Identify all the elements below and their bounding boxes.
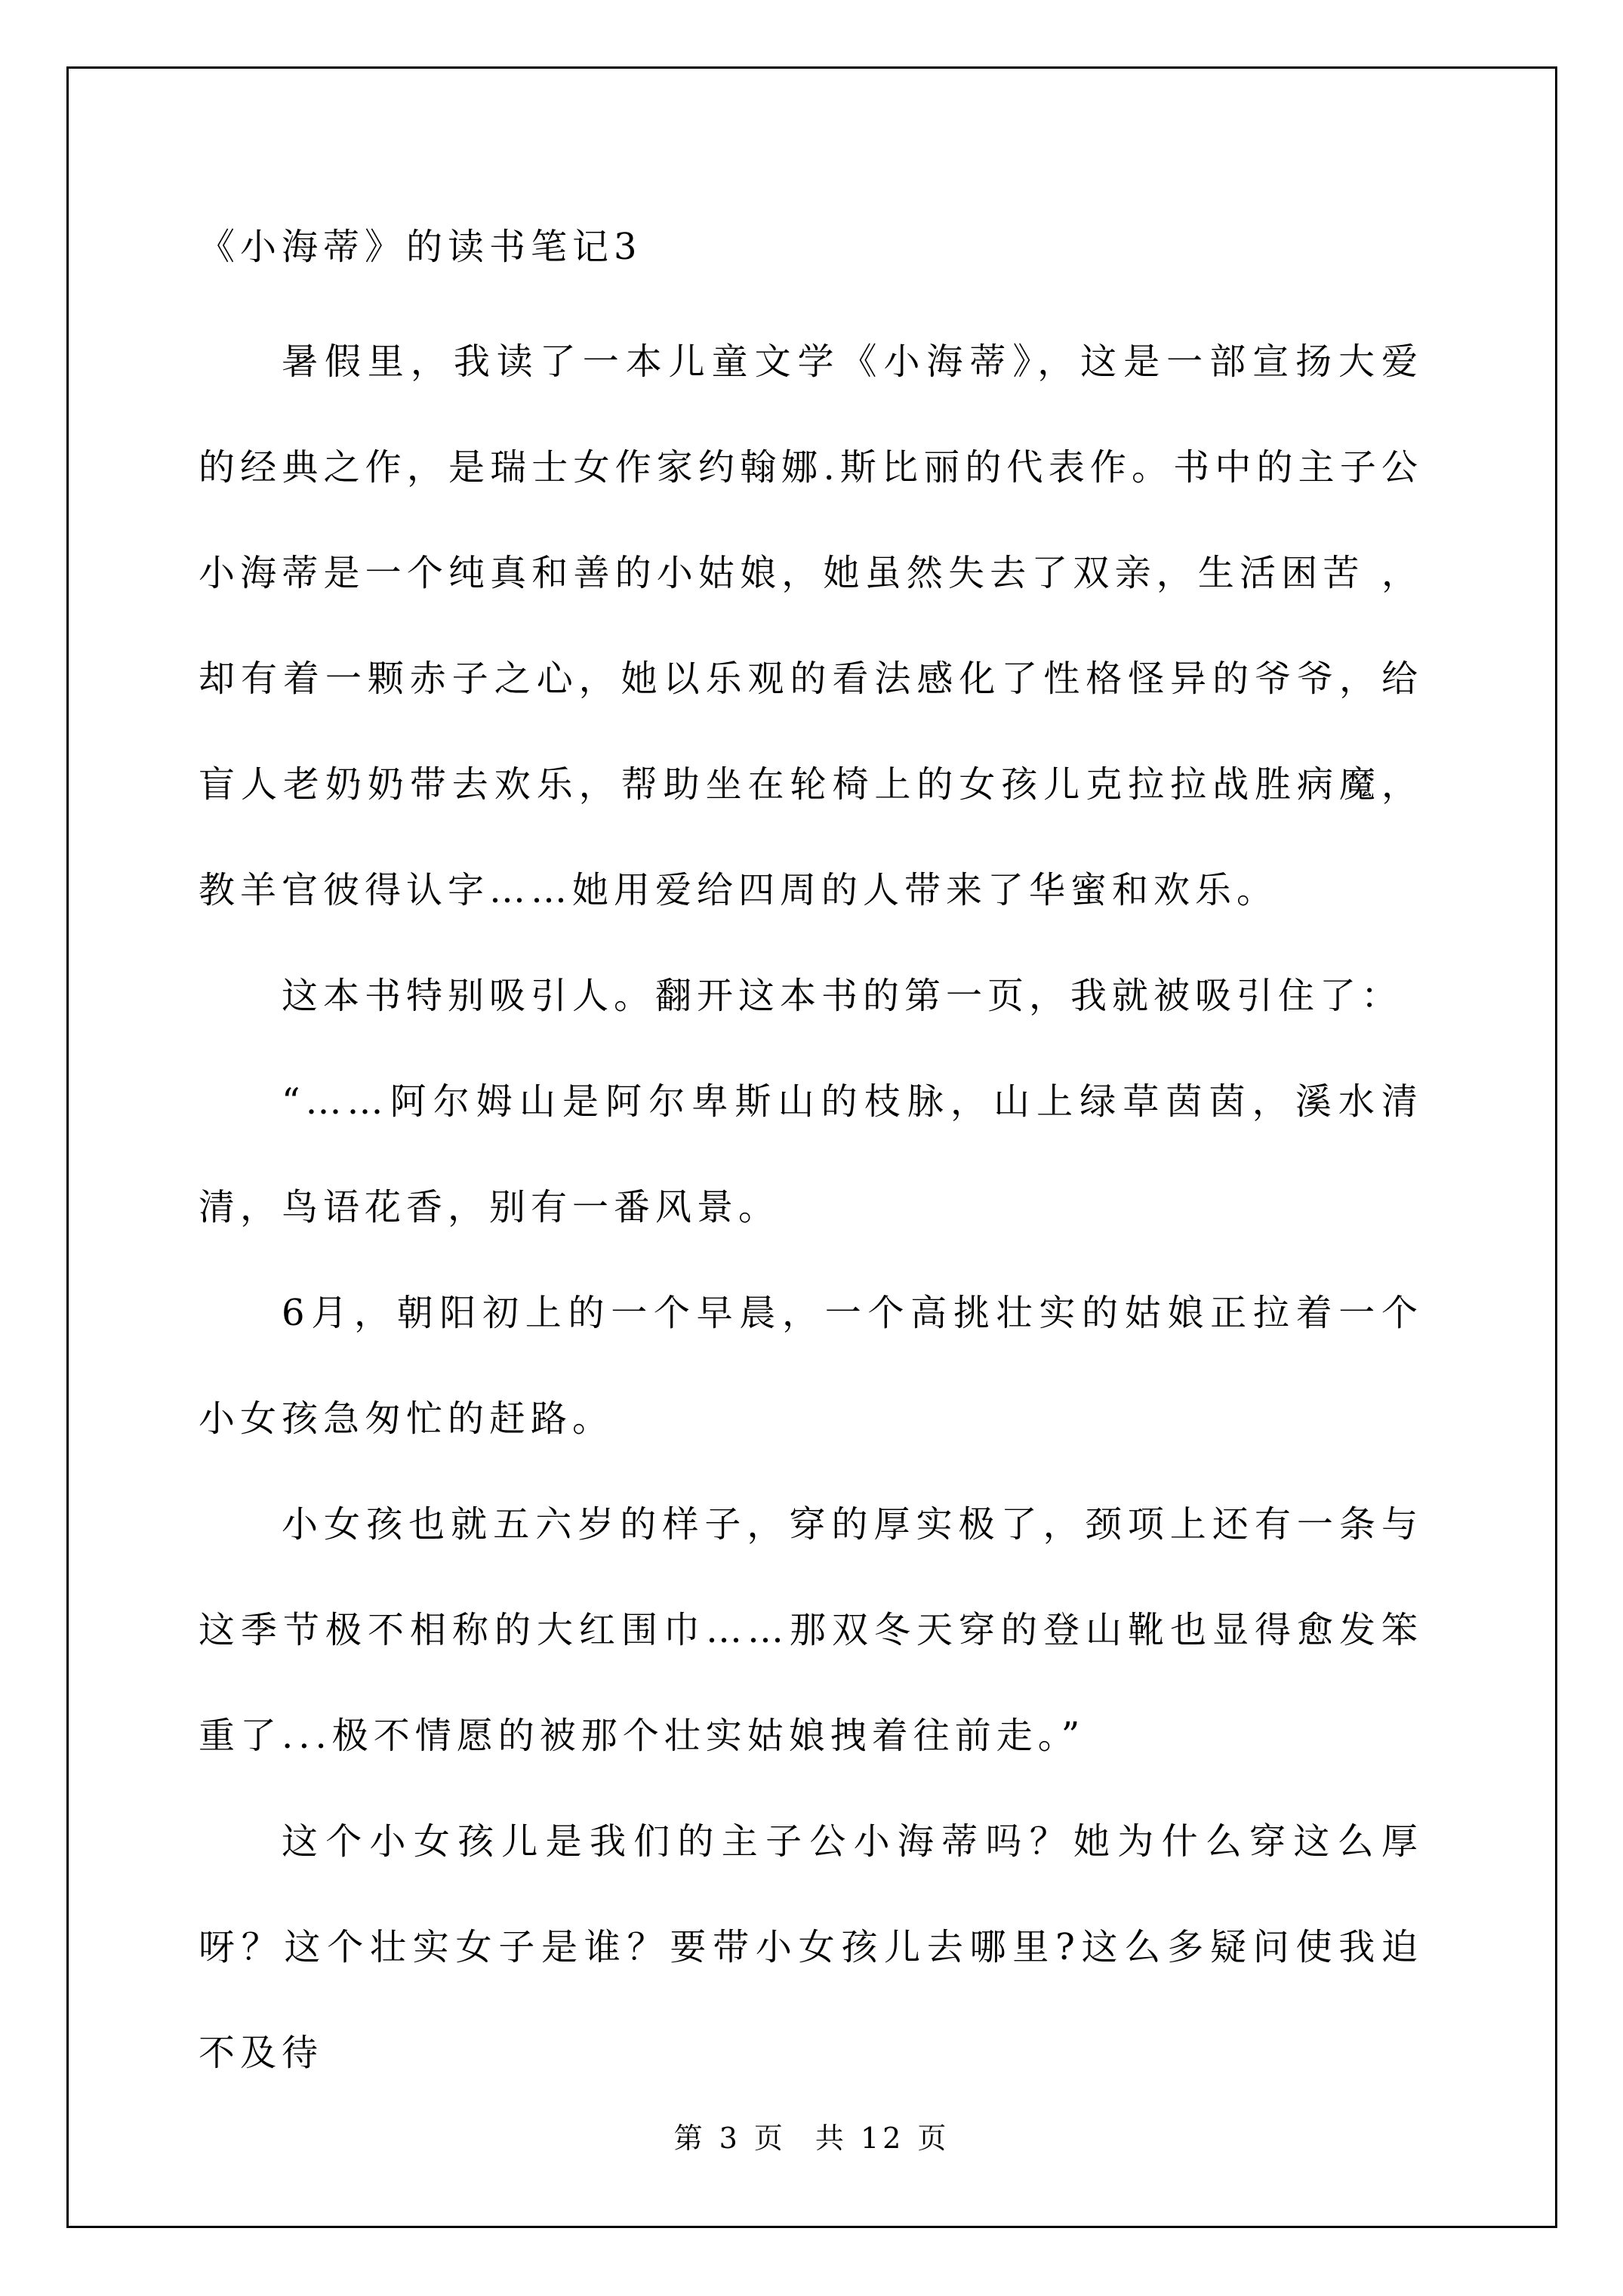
paragraph: 6月，朝阳初上的一个早晨，一个高挑壮实的姑娘正拉着一个小女孩急匆忙的赶路。	[199, 1260, 1423, 1472]
paragraph: 小女孩也就五六岁的样子，穿的厚实极了，颈项上还有一条与这季节极不相称的大红围巾……	[199, 1472, 1423, 1789]
doc-title: 《小海蒂》的读书笔记3	[199, 194, 1423, 300]
paragraph: 这个小女孩儿是我们的主子公小海蒂吗？她为什么穿这么厚呀？这个壮实女子是谁？要带小…	[199, 1789, 1423, 2106]
total-pages: 共 12 页	[815, 2122, 950, 2155]
paragraph: “……阿尔姆山是阿尔卑斯山的枝脉，山上绿草茵茵，溪水清清，鸟语花香，别有一番风景…	[199, 1049, 1423, 1260]
paragraph: 这本书特别吸引人。翻开这本书的第一页，我就被吸引住了：	[199, 943, 1423, 1049]
paragraph: 暑假里，我读了一本儿童文学《小海蒂》，这是一部宣扬大爱的经典之作，是瑞士女作家约…	[199, 309, 1423, 943]
document-page: { "document": { "title": "《小海蒂》的读书笔记3", …	[0, 0, 1623, 2296]
page-number: 第 3 页	[674, 2122, 787, 2155]
doc-title-text: 《小海蒂》的读书笔记3	[199, 226, 642, 268]
document-body: 《小海蒂》的读书笔记3 暑假里，我读了一本儿童文学《小海蒂》，这是一部宣扬大爱的…	[199, 194, 1423, 2106]
page-footer: 第 3 页共 12 页	[66, 2119, 1557, 2158]
